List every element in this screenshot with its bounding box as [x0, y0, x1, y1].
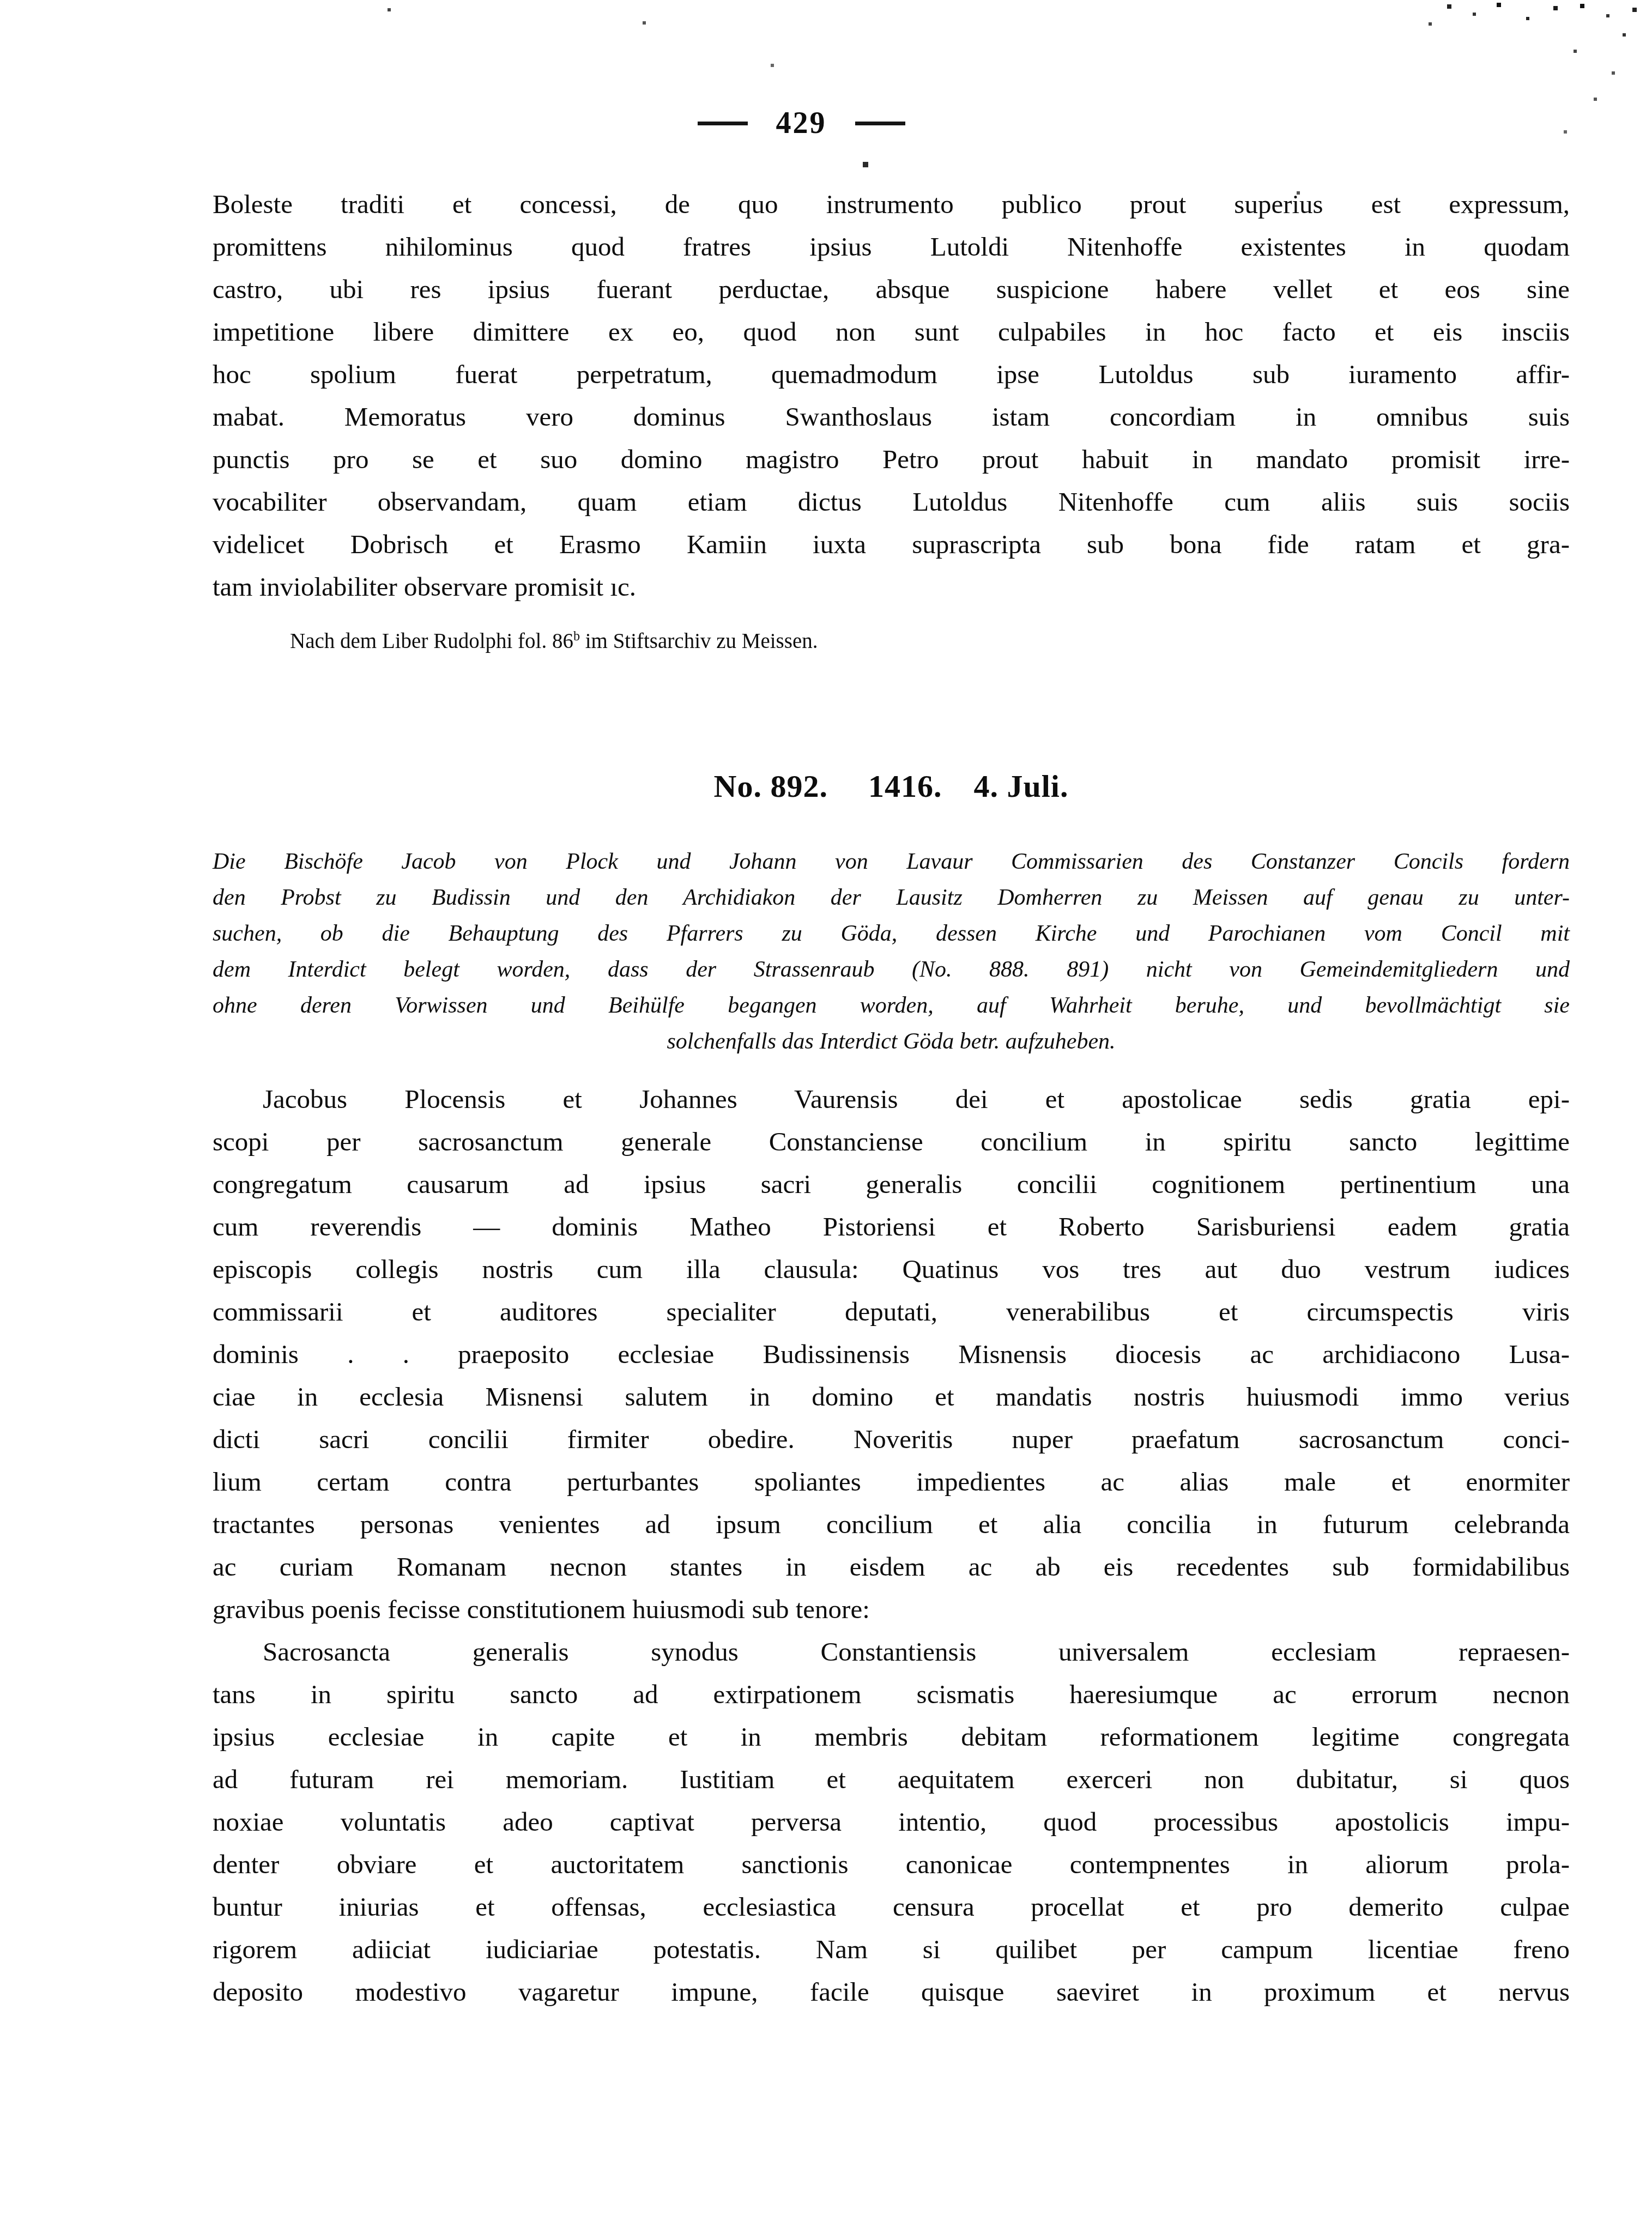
text-line: cum reverendis — dominis Matheo Pistorie…: [213, 1206, 1570, 1248]
header-rule-right: [855, 122, 905, 125]
text-line: Sacrosancta generalis synodus Constantie…: [213, 1631, 1570, 1673]
body-paragraph-1: Jacobus Plocensis et Johannes Vaurensis …: [213, 1078, 1570, 1631]
text-line: deposito modestivo vagaretur impune, fac…: [213, 1971, 1570, 2013]
entry-number: No. 892.: [714, 768, 828, 804]
regest-summary: Die Bischöfe Jacob von Plock und Johann …: [213, 844, 1570, 1024]
entry-heading: No. 892.1416.4. Juli.: [213, 767, 1570, 806]
text-line: scopi per sacrosanctum generale Constanc…: [213, 1121, 1570, 1163]
entry-year: 1416.: [868, 768, 942, 804]
text-line: buntur iniurias et offensas, ecclesiasti…: [213, 1886, 1570, 1928]
text-line: ipsius ecclesiae in capite et in membris…: [213, 1716, 1570, 1758]
source-note-text: Nach dem Liber Rudolphi fol. 86: [290, 629, 573, 653]
text-line: castro, ubi res ipsius fuerant perductae…: [213, 268, 1570, 311]
text-line: tractantes personas venientes ad ipsum c…: [213, 1503, 1570, 1546]
text-line: ohne deren Vorwissen und Beihülfe begang…: [213, 988, 1570, 1024]
text-line: noxiae voluntatis adeo captivat perversa…: [213, 1801, 1570, 1843]
continuation-paragraph: Boleste traditi et concessi, de quo inst…: [213, 183, 1570, 608]
text-line: Die Bischöfe Jacob von Plock und Johann …: [213, 844, 1570, 880]
text-line: ad futuram rei memoriam. Iustitiam et ae…: [213, 1758, 1570, 1801]
text-line: episcopis collegis nostris cum illa clau…: [213, 1248, 1570, 1291]
text-line: commissarii et auditores specialiter dep…: [213, 1291, 1570, 1333]
text-line: dominis . . praeposito ecclesiae Budissi…: [213, 1333, 1570, 1376]
text-line: promittens nihilominus quod fratres ipsi…: [213, 226, 1570, 268]
text-line: Boleste traditi et concessi, de quo inst…: [213, 183, 1570, 226]
text-line: mabat. Memoratus vero dominus Swanthosla…: [213, 396, 1570, 438]
source-note-text-tail: im Stiftsarchiv zu Meissen.: [580, 629, 818, 653]
body-paragraph-2: Sacrosancta generalis synodus Constantie…: [213, 1631, 1570, 2013]
entry-date: 4. Juli.: [973, 768, 1068, 804]
text-line: den Probst zu Budissin und den Archidiak…: [213, 880, 1570, 916]
source-note: Nach dem Liber Rudolphi fol. 86b im Stif…: [213, 628, 1647, 655]
text-line: tans in spiritu sancto ad extirpationem …: [213, 1673, 1570, 1716]
text-line: ciae in ecclesia Misnensi salutem in dom…: [213, 1376, 1570, 1418]
text-line: congregatum causarum ad ipsius sacri gen…: [213, 1163, 1570, 1206]
text-line: rigorem adiiciat iudiciariae potestatis.…: [213, 1928, 1570, 1971]
text-line: ac curiam Romanam necnon stantes in eisd…: [213, 1546, 1570, 1588]
page-header: 429: [123, 108, 1480, 138]
text-line: gravibus poenis fecisse constitutionem h…: [213, 1588, 1570, 1631]
text-line: dem Interdict belegt worden, dass der St…: [213, 952, 1570, 988]
text-line: tam inviolabiliter observare promisit ıc…: [213, 566, 1570, 608]
text-line: denter obviare et auctoritatem sanctioni…: [213, 1843, 1570, 1886]
text-line: vocabiliter observandam, quam etiam dict…: [213, 481, 1570, 523]
source-note-superscript: b: [573, 629, 580, 644]
scanned-page: 429 Boleste traditi et concessi, de quo …: [0, 0, 1652, 2216]
text-line: impetitione libere dimittere ex eo, quod…: [213, 311, 1570, 353]
text-line: hoc spolium fuerat perpetratum, quemadmo…: [213, 353, 1570, 396]
page-number: 429: [776, 108, 827, 138]
text-line: Jacobus Plocensis et Johannes Vaurensis …: [213, 1078, 1570, 1121]
text-line: suchen, ob die Behauptung des Pfarrers z…: [213, 916, 1570, 952]
text-line: videlicet Dobrisch et Erasmo Kamiin iuxt…: [213, 523, 1570, 566]
header-rule-left: [698, 122, 748, 125]
text-line: lium certam contra perturbantes spoliant…: [213, 1461, 1570, 1503]
text-line: punctis pro se et suo domino magistro Pe…: [213, 438, 1570, 481]
regest-last-line: solchenfalls das Interdict Göda betr. au…: [213, 1024, 1570, 1059]
text-line: dicti sacri concilii firmiter obedire. N…: [213, 1418, 1570, 1461]
scan-noise: [0, 0, 2, 2]
